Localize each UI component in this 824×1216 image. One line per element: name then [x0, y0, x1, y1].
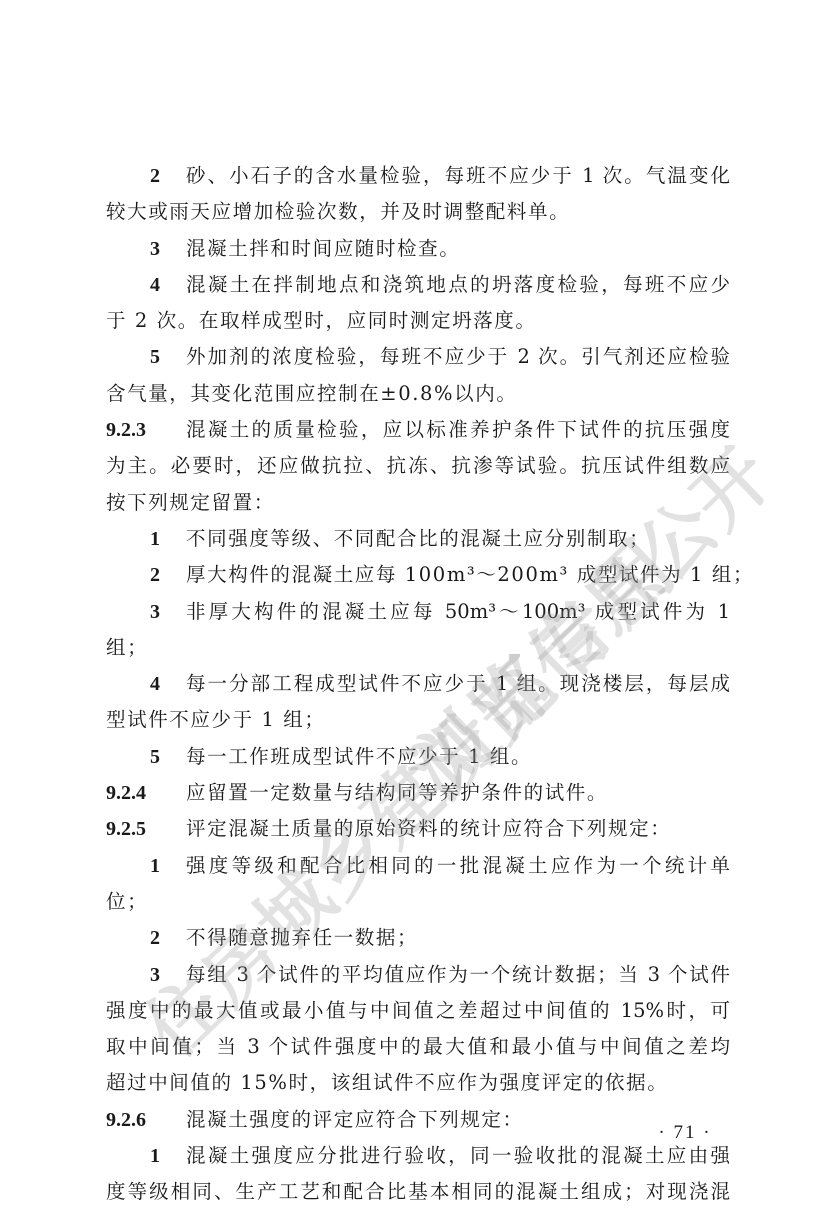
list-item: 1混凝土强度应分批进行验收，同一验收批的混凝土应由强	[106, 1138, 730, 1174]
item-number: 5	[150, 739, 170, 775]
list-item: 5每一工作班成型试件不应少于 1 组。	[106, 739, 730, 775]
continuation-line: 强度中的最大值或最小值与中间值之差超过中间值的 15%时，可	[106, 993, 730, 1029]
continuation-line: 按下列规定留置：	[106, 485, 730, 521]
list-item: 1强度等级和配合比相同的一批混凝土应作为一个统计单	[106, 848, 730, 884]
line-text: 按下列规定留置：	[106, 485, 730, 521]
clause-heading: 9.2.5评定混凝土质量的原始资料的统计应符合下列规定：	[106, 811, 730, 847]
item-number: 2	[150, 158, 170, 194]
page-number: · 71 ·	[640, 1122, 730, 1144]
line-text: 含气量，其变化范围应控制在±0.8%以内。	[106, 376, 730, 412]
item-number: 5	[150, 339, 170, 375]
clause-text: 混凝土的质量检验，应以标准养护条件下试件的抗压强度	[186, 412, 730, 448]
line-text: 较大或雨天应增加检验次数，并及时调整配料单。	[106, 194, 730, 230]
item-text: 不得随意抛弃任一数据；	[186, 920, 730, 956]
clause-heading: 9.2.6混凝土强度的评定应符合下列规定：	[106, 1102, 730, 1138]
continuation-line: 型试件不应少于 1 组；	[106, 702, 730, 738]
item-text: 不同强度等级、不同配合比的混凝土应分别制取；	[186, 521, 730, 557]
item-text: 混凝土拌和时间应随时检查。	[186, 231, 730, 267]
item-number: 2	[150, 920, 170, 956]
list-item: 4每一分部工程成型试件不应少于 1 组。现浇楼层，每层成	[106, 666, 730, 702]
document-page: 2砂、小石子的含水量检验，每班不应少于 1 次。气温变化 较大或雨天应增加检验次…	[0, 0, 824, 1216]
list-item: 5外加剂的浓度检验，每班不应少于 2 次。引气剂还应检验	[106, 339, 730, 375]
line-text: 型试件不应少于 1 组；	[106, 702, 730, 738]
item-number: 3	[150, 957, 170, 993]
item-text: 砂、小石子的含水量检验，每班不应少于 1 次。气温变化	[186, 158, 730, 194]
item-number: 4	[150, 666, 170, 702]
continuation-line: 含气量，其变化范围应控制在±0.8%以内。	[106, 376, 730, 412]
item-text: 每组 3 个试件的平均值应作为一个统计数据；当 3 个试件	[186, 957, 730, 993]
list-item: 3混凝土拌和时间应随时检查。	[106, 231, 730, 267]
item-text: 混凝土在拌制地点和浇筑地点的坍落度检验，每班不应少	[186, 267, 730, 303]
clause-number: 9.2.3	[106, 412, 176, 448]
list-item: 4混凝土在拌制地点和浇筑地点的坍落度检验，每班不应少	[106, 267, 730, 303]
continuation-line: 超过中间值的 15%时，该组试件不应作为强度评定的依据。	[106, 1065, 730, 1101]
item-number: 2	[150, 557, 170, 593]
line-text: 度等级相同、生产工艺和配合比基本相同的混凝土组成；对现浇混	[106, 1174, 730, 1210]
clause-text: 应留置一定数量与结构同等养护条件的试件。	[186, 775, 730, 811]
line-text: 超过中间值的 15%时，该组试件不应作为强度评定的依据。	[106, 1065, 730, 1101]
item-text: 厚大构件的混凝土应每 100m³～200m³ 成型试件为 1 组；	[186, 557, 730, 593]
item-number: 1	[150, 848, 170, 884]
line-text: 取中间值；当 3 个试件强度中的最大值和最小值与中间值之差均	[106, 1029, 730, 1065]
continuation-line: 位；	[106, 884, 730, 920]
item-text: 强度等级和配合比相同的一批混凝土应作为一个统计单	[186, 848, 730, 884]
list-item: 2厚大构件的混凝土应每 100m³～200m³ 成型试件为 1 组；	[106, 557, 730, 593]
clause-heading: 9.2.3混凝土的质量检验，应以标准养护条件下试件的抗压强度	[106, 412, 730, 448]
page-body-text: 2砂、小石子的含水量检验，每班不应少于 1 次。气温变化 较大或雨天应增加检验次…	[106, 158, 730, 1211]
clause-number: 9.2.4	[106, 775, 176, 811]
clause-text: 评定混凝土质量的原始资料的统计应符合下列规定：	[186, 811, 730, 847]
list-item: 1不同强度等级、不同配合比的混凝土应分别制取；	[106, 521, 730, 557]
continuation-line: 取中间值；当 3 个试件强度中的最大值和最小值与中间值之差均	[106, 1029, 730, 1065]
continuation-line: 较大或雨天应增加检验次数，并及时调整配料单。	[106, 194, 730, 230]
item-number: 3	[150, 231, 170, 267]
item-number: 3	[150, 594, 170, 630]
line-text: 于 2 次。在取样成型时，应同时测定坍落度。	[106, 303, 730, 339]
line-text: 位；	[106, 884, 730, 920]
line-text: 组；	[106, 630, 730, 666]
continuation-line: 于 2 次。在取样成型时，应同时测定坍落度。	[106, 303, 730, 339]
item-number: 1	[150, 521, 170, 557]
list-item: 2不得随意抛弃任一数据；	[106, 920, 730, 956]
item-number: 4	[150, 267, 170, 303]
item-text: 每一分部工程成型试件不应少于 1 组。现浇楼层，每层成	[186, 666, 730, 702]
item-number: 1	[150, 1138, 170, 1174]
item-text: 非厚大构件的混凝土应每 50m³～100m³ 成型试件为 1	[186, 594, 730, 630]
list-item: 3非厚大构件的混凝土应每 50m³～100m³ 成型试件为 1	[106, 594, 730, 630]
item-text: 外加剂的浓度检验，每班不应少于 2 次。引气剂还应检验	[186, 339, 730, 375]
continuation-line: 度等级相同、生产工艺和配合比基本相同的混凝土组成；对现浇混	[106, 1174, 730, 1210]
line-text: 为主。必要时，还应做抗拉、抗冻、抗渗等试验。抗压试件组数应	[106, 448, 730, 484]
list-item: 3每组 3 个试件的平均值应作为一个统计数据；当 3 个试件	[106, 957, 730, 993]
continuation-line: 为主。必要时，还应做抗拉、抗冻、抗渗等试验。抗压试件组数应	[106, 448, 730, 484]
line-text: 强度中的最大值或最小值与中间值之差超过中间值的 15%时，可	[106, 993, 730, 1029]
item-text: 每一工作班成型试件不应少于 1 组。	[186, 739, 730, 775]
clause-number: 9.2.5	[106, 811, 176, 847]
clause-number: 9.2.6	[106, 1102, 176, 1138]
list-item: 2砂、小石子的含水量检验，每班不应少于 1 次。气温变化	[106, 158, 730, 194]
clause-heading: 9.2.4应留置一定数量与结构同等养护条件的试件。	[106, 775, 730, 811]
continuation-line: 组；	[106, 630, 730, 666]
